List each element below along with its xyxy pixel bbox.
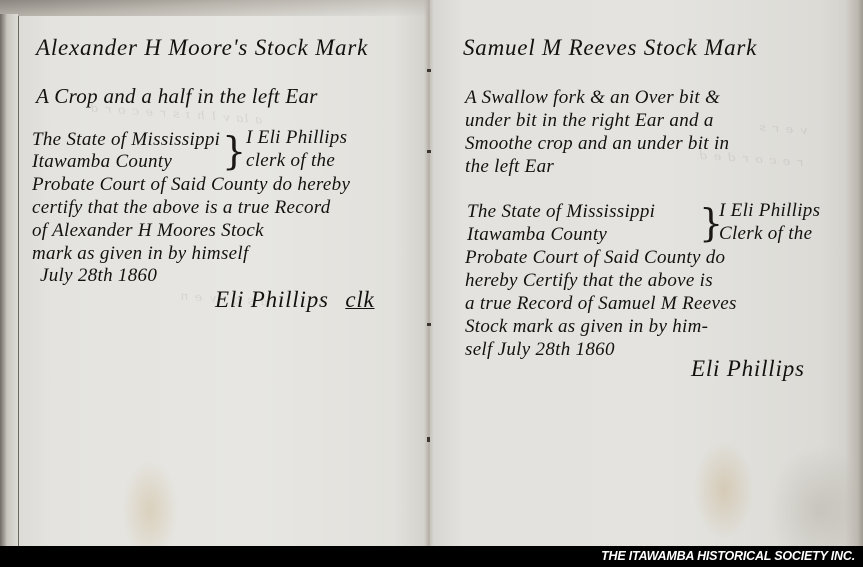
- right-cert-clerk-line-2: Clerk of the: [719, 224, 812, 243]
- binding-thread-mark: [427, 150, 431, 153]
- book-left-edge: [0, 14, 18, 546]
- left-signature: Eli Phillips clk: [215, 288, 375, 311]
- right-cert-county-line: Itawamba County: [467, 225, 607, 244]
- left-page: ᵃ ˡᵃ ᵛ ˡ ʰ ᶦ ˢ ʳ ᵉ ᶜ ᵒ ʳ ᵈ ᵃ ˢ ᵍ ᶦ ᵛ ᵉ ⁿ…: [0, 0, 429, 546]
- left-cert-brace: }: [222, 132, 246, 170]
- right-signature: Eli Phillips: [691, 357, 805, 380]
- book-right-edge: [845, 0, 863, 546]
- left-cert-clerk-line-2: clerk of the: [246, 151, 335, 170]
- right-cert-clerk-line-1: I Eli Phillips: [719, 201, 820, 220]
- right-page-title: Samuel M Reeves Stock Mark: [463, 36, 757, 59]
- left-cert-state-line: The State of Mississippi: [32, 130, 220, 149]
- right-cert-line: a true Record of Samuel M Reeves: [465, 294, 737, 313]
- left-signature-title: clk: [345, 287, 374, 312]
- watermark-bar: THE ITAWAMBA HISTORICAL SOCIETY INC.: [0, 546, 863, 567]
- right-cert-line: Probate Court of Said County do: [465, 248, 725, 267]
- binding-thread-mark: [427, 323, 431, 326]
- ledger-book-spread: ᵃ ˡᵃ ᵛ ˡ ʰ ᶦ ˢ ʳ ᵉ ᶜ ᵒ ʳ ᵈ ᵃ ˢ ᵍ ᶦ ᵛ ᵉ ⁿ…: [0, 0, 863, 546]
- binding-thread-mark: [427, 437, 430, 442]
- right-cert-state-line: The State of Mississippi: [467, 202, 655, 221]
- margin-rule: [18, 16, 19, 546]
- right-description-line: the left Ear: [465, 157, 554, 176]
- left-cert-line: Probate Court of Said County do hereby: [32, 175, 350, 194]
- book-gutter: [424, 0, 434, 546]
- right-description-line: A Swallow fork & an Over bit &: [465, 88, 720, 107]
- left-page-title: Alexander H Moore's Stock Mark: [36, 36, 368, 59]
- left-stock-mark-description: A Crop and a half in the left Ear: [36, 86, 318, 107]
- binding-thread-mark: [427, 69, 431, 72]
- left-cert-line: of Alexander H Moores Stock: [32, 221, 264, 240]
- left-cert-county-line: Itawamba County: [32, 152, 172, 171]
- left-cert-clerk-line-1: I Eli Phillips: [246, 128, 347, 147]
- book-top-edge: [0, 0, 430, 16]
- right-cert-line: Stock mark as given in by him-: [465, 317, 708, 336]
- left-cert-line: mark as given in by himself: [32, 244, 249, 263]
- left-cert-date: July 28th 1860: [40, 266, 157, 285]
- watermark-text: THE ITAWAMBA HISTORICAL SOCIETY INC.: [601, 549, 855, 563]
- right-cert-line: hereby Certify that the above is: [465, 271, 713, 290]
- right-description-line: Smoothe crop and an under bit in: [465, 134, 729, 153]
- right-description-line: under bit in the right Ear and a: [465, 111, 714, 130]
- bleed-through-text: ᵛ ᵉ ʳ ˢ: [758, 118, 808, 145]
- left-cert-line: certify that the above is a true Record: [32, 198, 331, 217]
- right-page: ʳ ᵉ ᶜ ᵒ ʳ ᵈ ᵉ ᵈ ᵛ ᵉ ʳ ˢ Samuel M Reeves …: [429, 0, 863, 546]
- right-cert-date-line: self July 28th 1860: [465, 340, 615, 359]
